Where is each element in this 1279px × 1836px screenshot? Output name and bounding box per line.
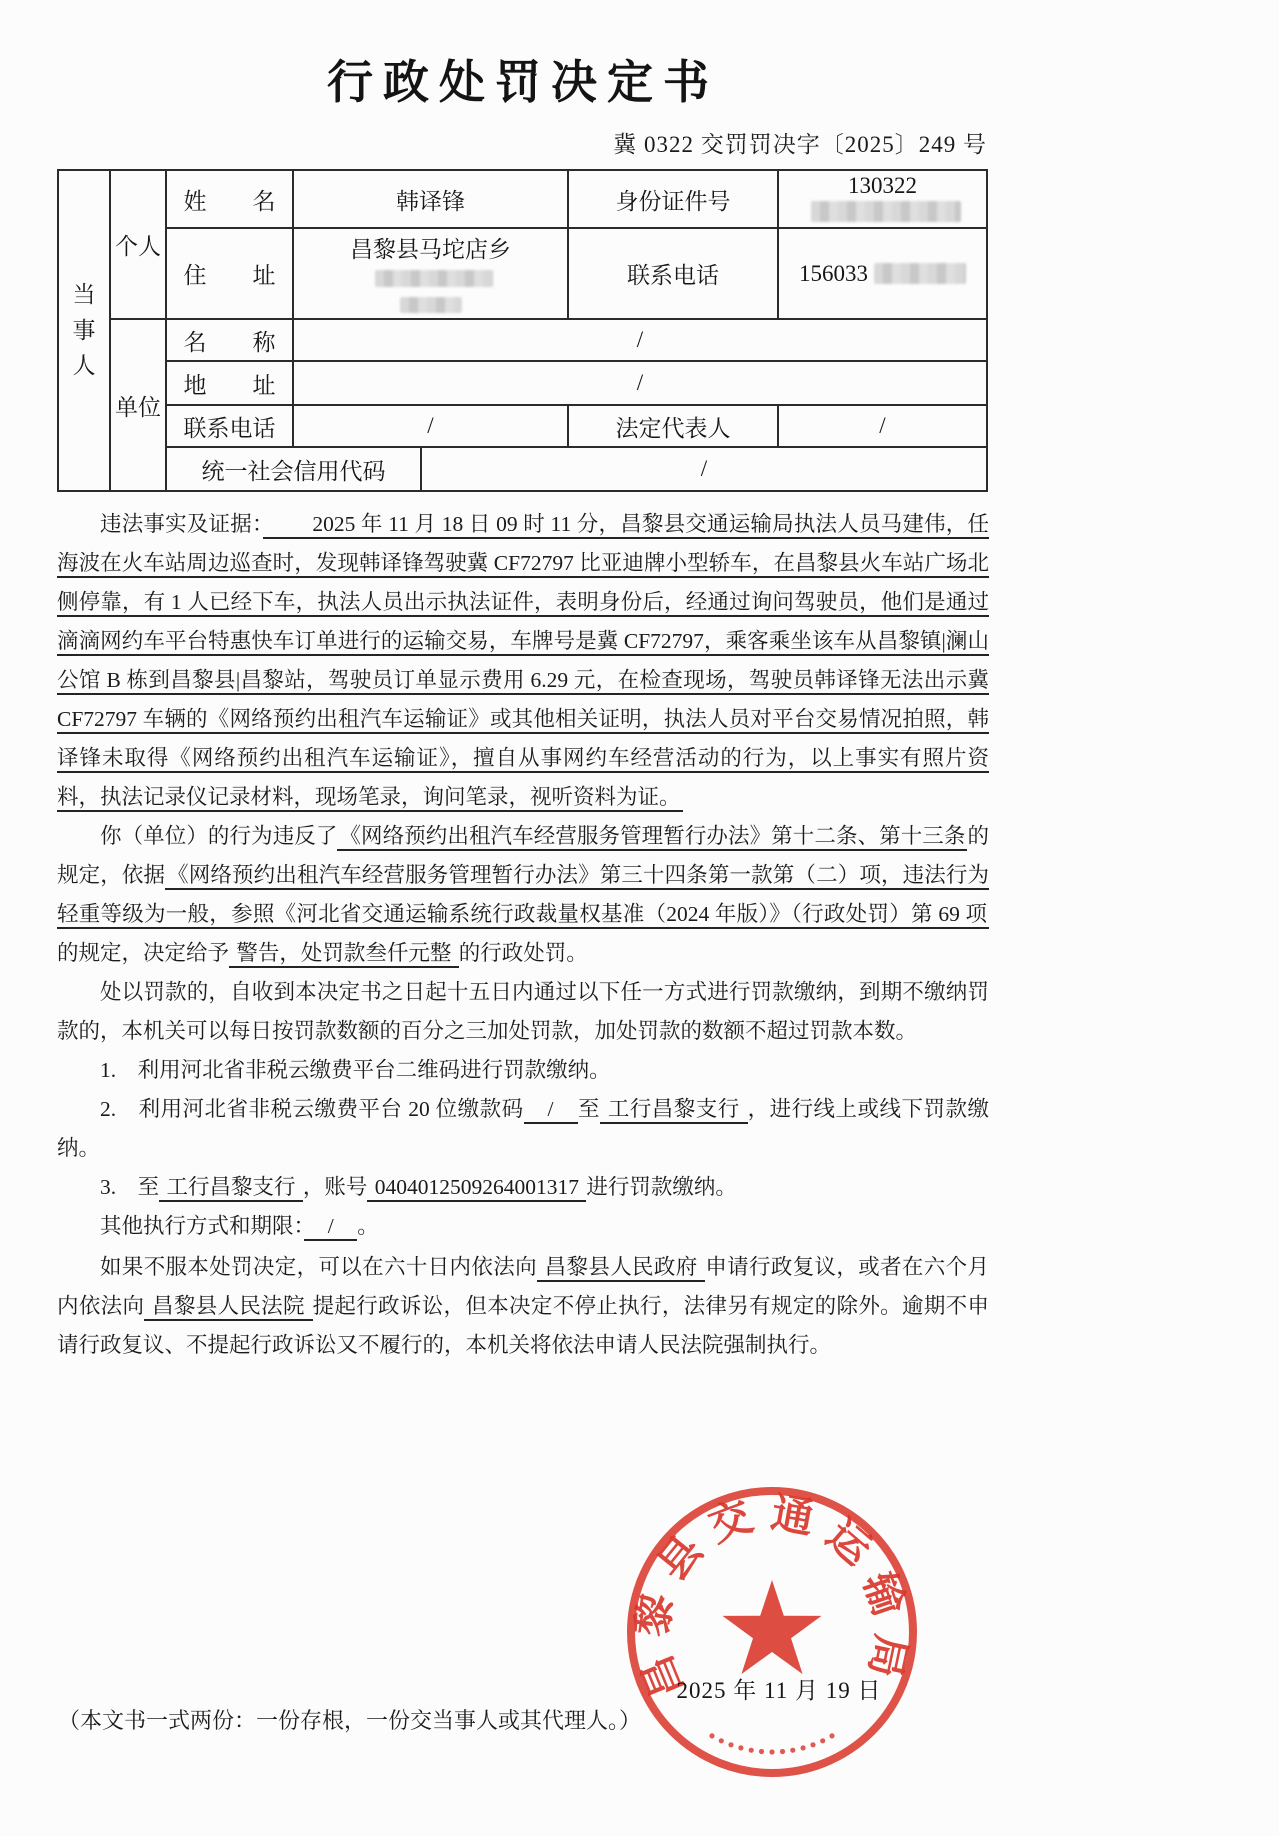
table-row: 地 址 / <box>58 361 987 405</box>
payment-method-item-1: 1. 利用河北省非税云缴费平台二维码进行罚款缴纳。 <box>57 1051 989 1090</box>
individual-group-label: 个人 <box>110 170 166 319</box>
name-label: 姓 名 <box>166 170 293 228</box>
table-row: 当事人 个人 姓 名 韩译锋 身份证件号 130322 <box>58 170 987 228</box>
paragraph-appeal-rights: 如果不服本处罚决定，可以在六十日内依法向 昌黎县人民政府 申请行政复议，或者在六… <box>57 1248 989 1365</box>
unit-group-label: 单位 <box>110 319 166 491</box>
party-info-table: 当事人 个人 姓 名 韩译锋 身份证件号 130322 住 址 昌黎县马坨店乡 … <box>57 169 988 492</box>
unit-phone-label: 联系电话 <box>166 405 293 447</box>
unit-name-label: 名 称 <box>166 319 293 361</box>
id-number-label: 身份证件号 <box>568 170 778 228</box>
address-value: 昌黎县马坨店乡 <box>293 228 568 319</box>
legal-rep-label: 法定代表人 <box>568 405 778 447</box>
phone-visible-digits: 156033 <box>799 261 868 286</box>
id-number-visible-digits: 130322 <box>848 173 917 198</box>
phone-label: 联系电话 <box>568 228 778 319</box>
table-row: 住 址 昌黎县马坨店乡 联系电话 156033 <box>58 228 987 319</box>
seal-serial-dots <box>709 1733 834 1754</box>
official-seal: 昌黎县交通运输局 <box>622 1482 922 1782</box>
redacted-address-part <box>375 270 493 287</box>
decision-date: 2025 年 11 月 19 日 <box>648 1672 910 1705</box>
phone-value: 156033 <box>778 228 987 319</box>
unit-address-value: / <box>293 361 987 405</box>
seal-graphic: 昌黎县交通运输局 <box>622 1482 922 1782</box>
table-row: 单位 名 称 / <box>58 319 987 361</box>
name-value: 韩译锋 <box>293 170 568 228</box>
seal-star-icon <box>723 1580 822 1674</box>
redacted-address-part-2 <box>400 297 462 313</box>
credit-code-value: / <box>421 447 987 491</box>
table-row: 联系电话 / 法定代表人 / <box>58 405 987 447</box>
party-row-header: 当事人 <box>58 170 110 491</box>
paragraph-violation-basis: 你（单位）的行为违反了《网络预约出租汽车经营服务管理暂行办法》第十二条、第十三条… <box>57 817 989 973</box>
table-row: 统一社会信用代码 / <box>58 447 987 491</box>
unit-phone-value: / <box>293 405 568 447</box>
page-title: 行政处罚决定书 <box>57 46 989 112</box>
paragraph-facts-evidence: 违法事实及证据： 2025 年 11 月 18 日 09 时 11 分，昌黎县交… <box>57 505 989 817</box>
redacted-id-digits <box>811 201 961 222</box>
address-label: 住 址 <box>166 228 293 319</box>
document-page: 行政处罚决定书 冀 0322 交罚罚决字〔2025〕249 号 当事人 个人 姓… <box>0 0 1279 1836</box>
redacted-phone-digits <box>874 263 966 284</box>
document-body: 违法事实及证据： 2025 年 11 月 18 日 09 时 11 分，昌黎县交… <box>57 505 989 1365</box>
address-visible-text: 昌黎县马坨店乡 <box>350 237 511 262</box>
unit-name-value: / <box>293 319 987 361</box>
id-number-value: 130322 <box>778 170 987 228</box>
other-execution-method-line: 其他执行方式和期限： / 。 <box>57 1207 989 1246</box>
payment-method-item-3: 3. 至 工行昌黎支行 ，账号 0404012509264001317 进行罚款… <box>57 1168 989 1207</box>
legal-rep-value: / <box>778 405 987 447</box>
credit-code-label: 统一社会信用代码 <box>166 447 421 491</box>
paragraph-payment-intro: 处以罚款的，自收到本决定书之日起十五日内通过以下任一方式进行罚款缴纳，到期不缴纳… <box>57 973 989 1051</box>
unit-address-label: 地 址 <box>166 361 293 405</box>
document-number: 冀 0322 交罚罚决字〔2025〕249 号 <box>57 126 987 159</box>
footer-note: （本文书一式两份：一份存根，一份交当事人或其代理人。） <box>58 1704 641 1735</box>
payment-method-item-2: 2. 利用河北省非税云缴费平台 20 位缴款码 / 至 工行昌黎支行 ，进行线上… <box>57 1090 989 1168</box>
document-content: 行政处罚决定书 冀 0322 交罚罚决字〔2025〕249 号 当事人 个人 姓… <box>57 34 989 1365</box>
